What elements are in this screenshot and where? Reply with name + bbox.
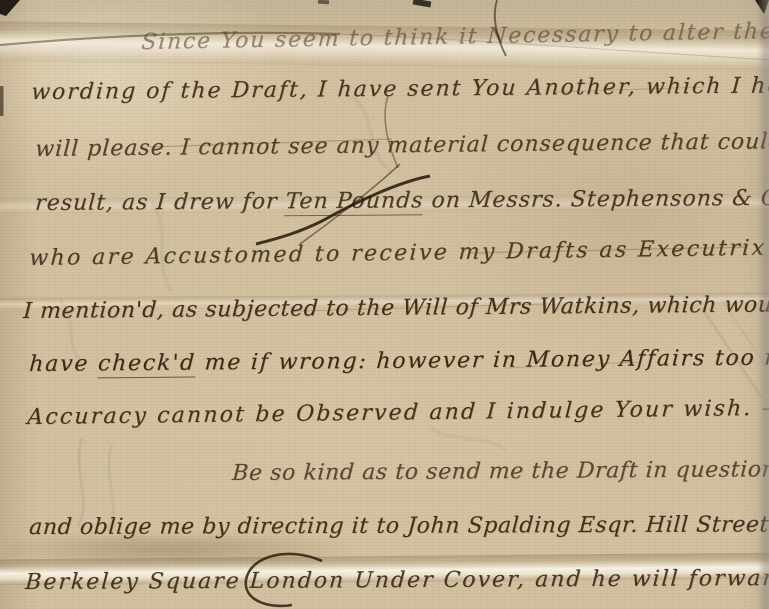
- letter-text: Since You seem to think it Necessary to …: [141, 19, 769, 55]
- letter-line-8: Accuracy cannot be Observed and I indulg…: [27, 395, 769, 430]
- letter-text: me if wrong: however in Money Affairs to…: [195, 345, 769, 376]
- letter-text: who are Accustomed to receive my Drafts …: [29, 235, 769, 271]
- letter-text: wording of the Draft, I have sent You An…: [30, 73, 769, 105]
- letter-line-5: who are Accustomed to receive my Drafts …: [29, 235, 769, 271]
- letter-line-4: result, as I drew for Ten Pounds on Mess…: [34, 186, 769, 216]
- pen-dash: ———: [761, 395, 769, 421]
- letter-line-2: wording of the Draft, I have sent You An…: [30, 73, 769, 105]
- letter-line-10: and oblige me by directing it to John Sp…: [28, 512, 769, 540]
- letter-text: result, as I drew for: [34, 189, 286, 216]
- letter-body: Since You seem to think it Necessary to …: [0, 0, 769, 609]
- letter-text: on Messrs. Stephensons & Co: [423, 186, 769, 214]
- letter-line-3: will please. I cannot see any material c…: [35, 129, 769, 162]
- letter-text: Berkeley Square London Under Cover, and …: [24, 566, 769, 595]
- letter-text: Be so kind as to send me the Draft in qu…: [231, 457, 769, 486]
- letter-line-1: Since You seem to think it Necessary to …: [141, 19, 769, 55]
- letter-scan-page: Since You seem to think it Necessary to …: [0, 0, 769, 609]
- letter-text: Accuracy cannot be Observed and I indulg…: [27, 396, 763, 430]
- underlined-word-checkd: check'd: [97, 351, 197, 379]
- letter-text: and oblige me by directing it to John Sp…: [28, 512, 769, 540]
- letter-line-6: I mention'd, as subjected to the Will of…: [22, 292, 769, 324]
- letter-line-11: Berkeley Square London Under Cover, and …: [24, 566, 769, 595]
- letter-line-9: Be so kind as to send me the Draft in qu…: [231, 457, 769, 486]
- letter-line-7: have check'd me if wrong: however in Mon…: [28, 345, 769, 377]
- letter-text: have: [28, 351, 98, 377]
- letter-text: will please. I cannot see any material c…: [35, 129, 769, 162]
- letter-text: I mention'd, as subjected to the Will of…: [22, 292, 769, 324]
- underlined-word-ten-pounds: Ten Pounds: [285, 188, 425, 216]
